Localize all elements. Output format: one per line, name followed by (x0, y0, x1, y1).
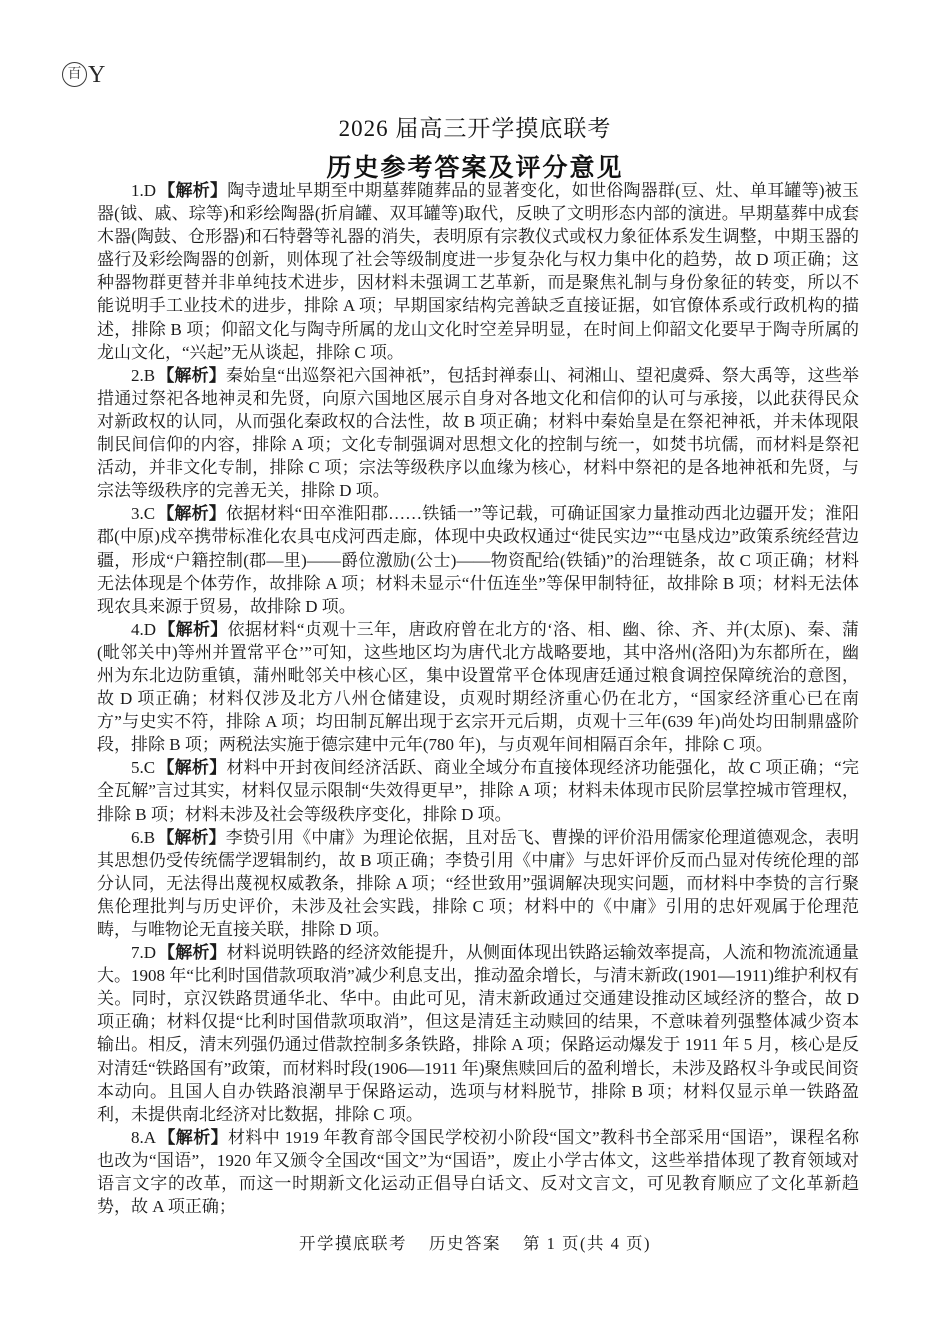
analysis-tag: 【解析】 (157, 758, 226, 777)
footer-subject: 历史答案 (429, 1234, 501, 1253)
analysis-tag: 【解析】 (158, 620, 228, 639)
footer-exam-name: 开学摸底联考 (299, 1234, 407, 1253)
answer-item-4: 4.D【解析】依据材料“贞观十三年，唐政府曾在北方的‘洛、相、幽、徐、齐、并(太… (97, 618, 859, 757)
answers-body: 1.D【解析】陶寺遗址早期至中期墓葬随葬品的显著变化，如世俗陶器群(豆、灶、单耳… (97, 179, 859, 1218)
analysis-tag: 【解析】 (158, 943, 226, 962)
answer-item-3: 3.C【解析】依据材料“田卒淮阳郡……铁锸一”等记载，可确证国家力量推动西北边疆… (97, 502, 859, 617)
footer-page-info: 第 1 页(共 4 页) (523, 1234, 651, 1253)
answer-item-6: 6.B【解析】李贽引用《中庸》为理论依据，且对岳飞、曹操的评价沿用儒家伦理道德观… (97, 826, 859, 941)
analysis-tag: 【解析】 (157, 828, 226, 847)
answer-number: 5.C (131, 758, 157, 777)
answer-number: 7.D (131, 943, 158, 962)
answer-number: 4.D (131, 620, 158, 639)
answer-number: 2.B (131, 366, 157, 385)
answer-number: 6.B (131, 828, 157, 847)
answer-item-8: 8.A【解析】材料中 1919 年教育部令国民学校初小阶段“国文”教科书全部采用… (97, 1126, 859, 1218)
answer-item-1: 1.D【解析】陶寺遗址早期至中期墓葬随葬品的显著变化，如世俗陶器群(豆、灶、单耳… (97, 179, 859, 364)
answer-item-5: 5.C【解析】材料中开封夜间经济活跃、商业全域分布直接体现经济功能强化，故 C … (97, 756, 859, 825)
logo-circle-icon: 百 (62, 62, 87, 87)
page-footer: 开学摸底联考历史答案第 1 页(共 4 页) (0, 1230, 950, 1254)
answer-item-7: 7.D【解析】材料说明铁路的经济效能提升，从侧面体现出铁路运输效率提高，人流和物… (97, 941, 859, 1126)
answer-text: 依据材料“贞观十三年，唐政府曾在北方的‘洛、相、幽、徐、齐、并(太原)、秦、蒲(… (97, 620, 859, 754)
answer-number: 8.A (131, 1128, 158, 1147)
analysis-tag: 【解析】 (157, 366, 226, 385)
answer-item-2: 2.B【解析】秦始皇“出巡祭祀六国神祇”，包括封禅泰山、祠湘山、望祀虞舜、祭大禹… (97, 364, 859, 503)
answer-sheet-page: 百 Y 2026 届高三开学摸底联考 历史参考答案及评分意见 1.D【解析】陶寺… (0, 0, 950, 1324)
analysis-tag: 【解析】 (157, 504, 226, 523)
answer-text: 秦始皇“出巡祭祀六国神祇”，包括封禅泰山、祠湘山、望祀虞舜、祭大禹等，这些举措通… (97, 366, 859, 500)
publisher-logo: 百 Y (62, 62, 105, 87)
exam-title: 2026 届高三开学摸底联考 (0, 110, 950, 143)
answer-number: 3.C (131, 504, 157, 523)
document-header: 2026 届高三开学摸底联考 历史参考答案及评分意见 (0, 110, 950, 184)
answer-number: 1.D (131, 181, 158, 200)
answer-text: 材料说明铁路的经济效能提升，从侧面体现出铁路运输效率提高，人流和物流流通量大。1… (97, 943, 859, 1124)
analysis-tag: 【解析】 (158, 181, 227, 200)
answer-text: 陶寺遗址早期至中期墓葬随葬品的显著变化，如世俗陶器群(豆、灶、单耳罐等)被玉器(… (97, 181, 859, 362)
logo-suffix: Y (88, 63, 105, 87)
analysis-tag: 【解析】 (158, 1128, 228, 1147)
